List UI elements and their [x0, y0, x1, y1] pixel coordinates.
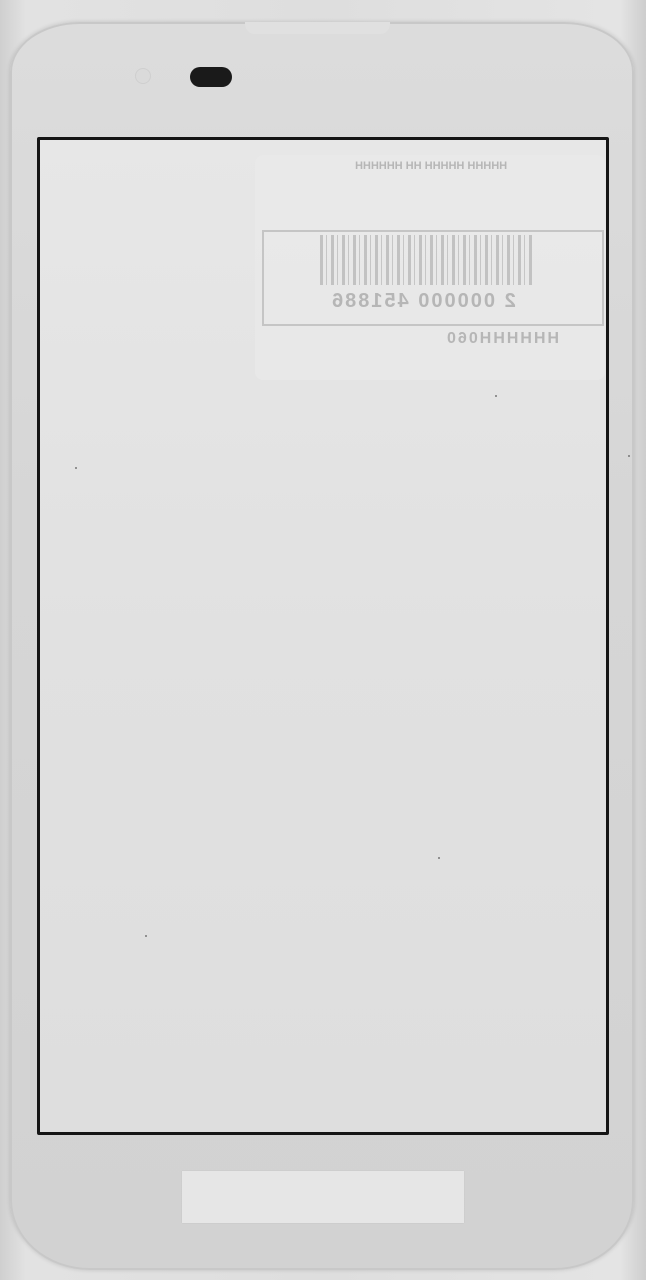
- earpiece-speaker-slot: [190, 67, 232, 87]
- dust-speck: [145, 935, 147, 937]
- barcode-icon: [320, 235, 535, 285]
- proximity-sensor-hole: [135, 68, 151, 84]
- dust-speck: [495, 395, 497, 397]
- barcode-number: 2 000000 451886: [330, 290, 516, 313]
- dust-speck: [628, 455, 630, 457]
- dust-speck: [438, 857, 440, 859]
- barcode-secondary-code: НННННН060: [445, 330, 559, 348]
- sticker-top-text: ННННН ННННН НН НННННН: [355, 160, 507, 172]
- top-notch: [245, 22, 390, 34]
- protective-film-tab[interactable]: [182, 1171, 464, 1223]
- dust-speck: [75, 467, 77, 469]
